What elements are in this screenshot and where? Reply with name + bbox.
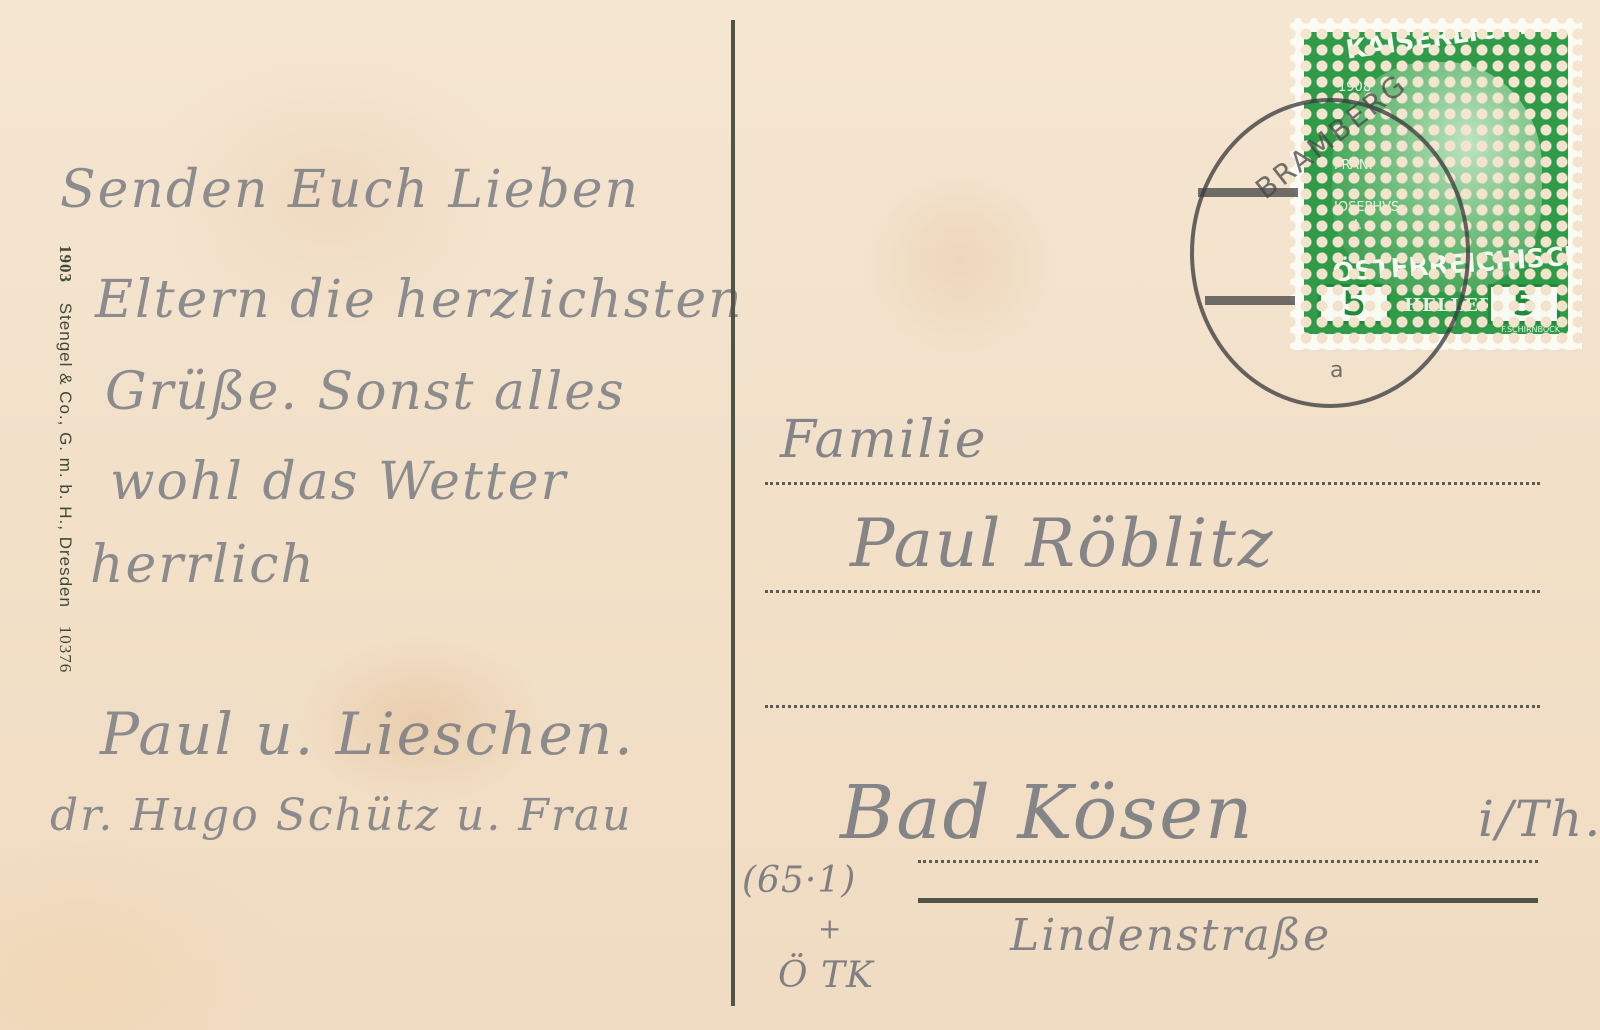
address-line-4: Lindenstraße <box>1010 910 1331 961</box>
imprint-year: 1903 <box>56 245 75 283</box>
stamp-engraver: F.SCHIRNBÖCK <box>1501 325 1560 334</box>
postmark-bar-lower <box>1205 296 1295 305</box>
stamp-value-right: 5 <box>1488 284 1560 324</box>
message-line-4: wohl das Wetter <box>110 452 567 512</box>
imprint-number: 10376 <box>56 626 75 674</box>
postcard-back: 1903 Stengel & Co., G. m. b. H., Dresden… <box>0 0 1600 1030</box>
imprint-publisher: Stengel & Co., G. m. b. H., Dresden <box>56 303 75 608</box>
postage-stamp: KAISERLICHE KÖNIGLICHE ÖSTERREICHISCHE P… <box>1290 18 1582 350</box>
stamp-currency: HELLER <box>1404 295 1495 316</box>
message-line-3: Grüße. Sonst alles <box>105 362 626 422</box>
address-dotted-line-4 <box>918 860 1538 863</box>
stamp-caption-1: FRAN: <box>1334 158 1373 173</box>
pencil-note-1: (65·1) <box>742 860 856 901</box>
address-line-1: Familie <box>780 410 988 470</box>
address-solid-rule <box>918 898 1538 903</box>
stamp-caption-3: I. <box>1354 218 1362 233</box>
message-line-5: herrlich <box>90 535 316 595</box>
stamp-text-top: KAISERLICHE KÖNIGLICHE <box>1344 32 1568 66</box>
address-dotted-line-3 <box>765 705 1540 708</box>
pencil-note-3: Ö TK <box>778 955 874 996</box>
address-dotted-line-1 <box>765 482 1540 485</box>
center-divider <box>731 20 735 1006</box>
message-postscript: dr. Hugo Schütz u. Frau <box>50 790 632 841</box>
stamp-design: KAISERLICHE KÖNIGLICHE ÖSTERREICHISCHE P… <box>1304 32 1568 334</box>
address-line-3: Bad Kösen <box>840 770 1255 856</box>
publisher-imprint: 1903 Stengel & Co., G. m. b. H., Dresden… <box>55 245 75 673</box>
address-dotted-line-2 <box>765 590 1540 593</box>
stamp-caption-2: JOSEPHVS <box>1334 200 1399 215</box>
message-line-2: Eltern die herzlichsten <box>95 270 744 330</box>
address-line-2: Paul Röblitz <box>850 505 1275 582</box>
stamp-value-left: 5 <box>1318 284 1390 324</box>
pencil-note-2: + <box>818 912 842 945</box>
postmark-letter: a <box>1330 358 1346 383</box>
message-line-1: Senden Euch Lieben <box>60 160 640 220</box>
address-line-3-suffix: i/Th. <box>1478 790 1600 848</box>
message-signature: Paul u. Lieschen. <box>100 700 635 768</box>
